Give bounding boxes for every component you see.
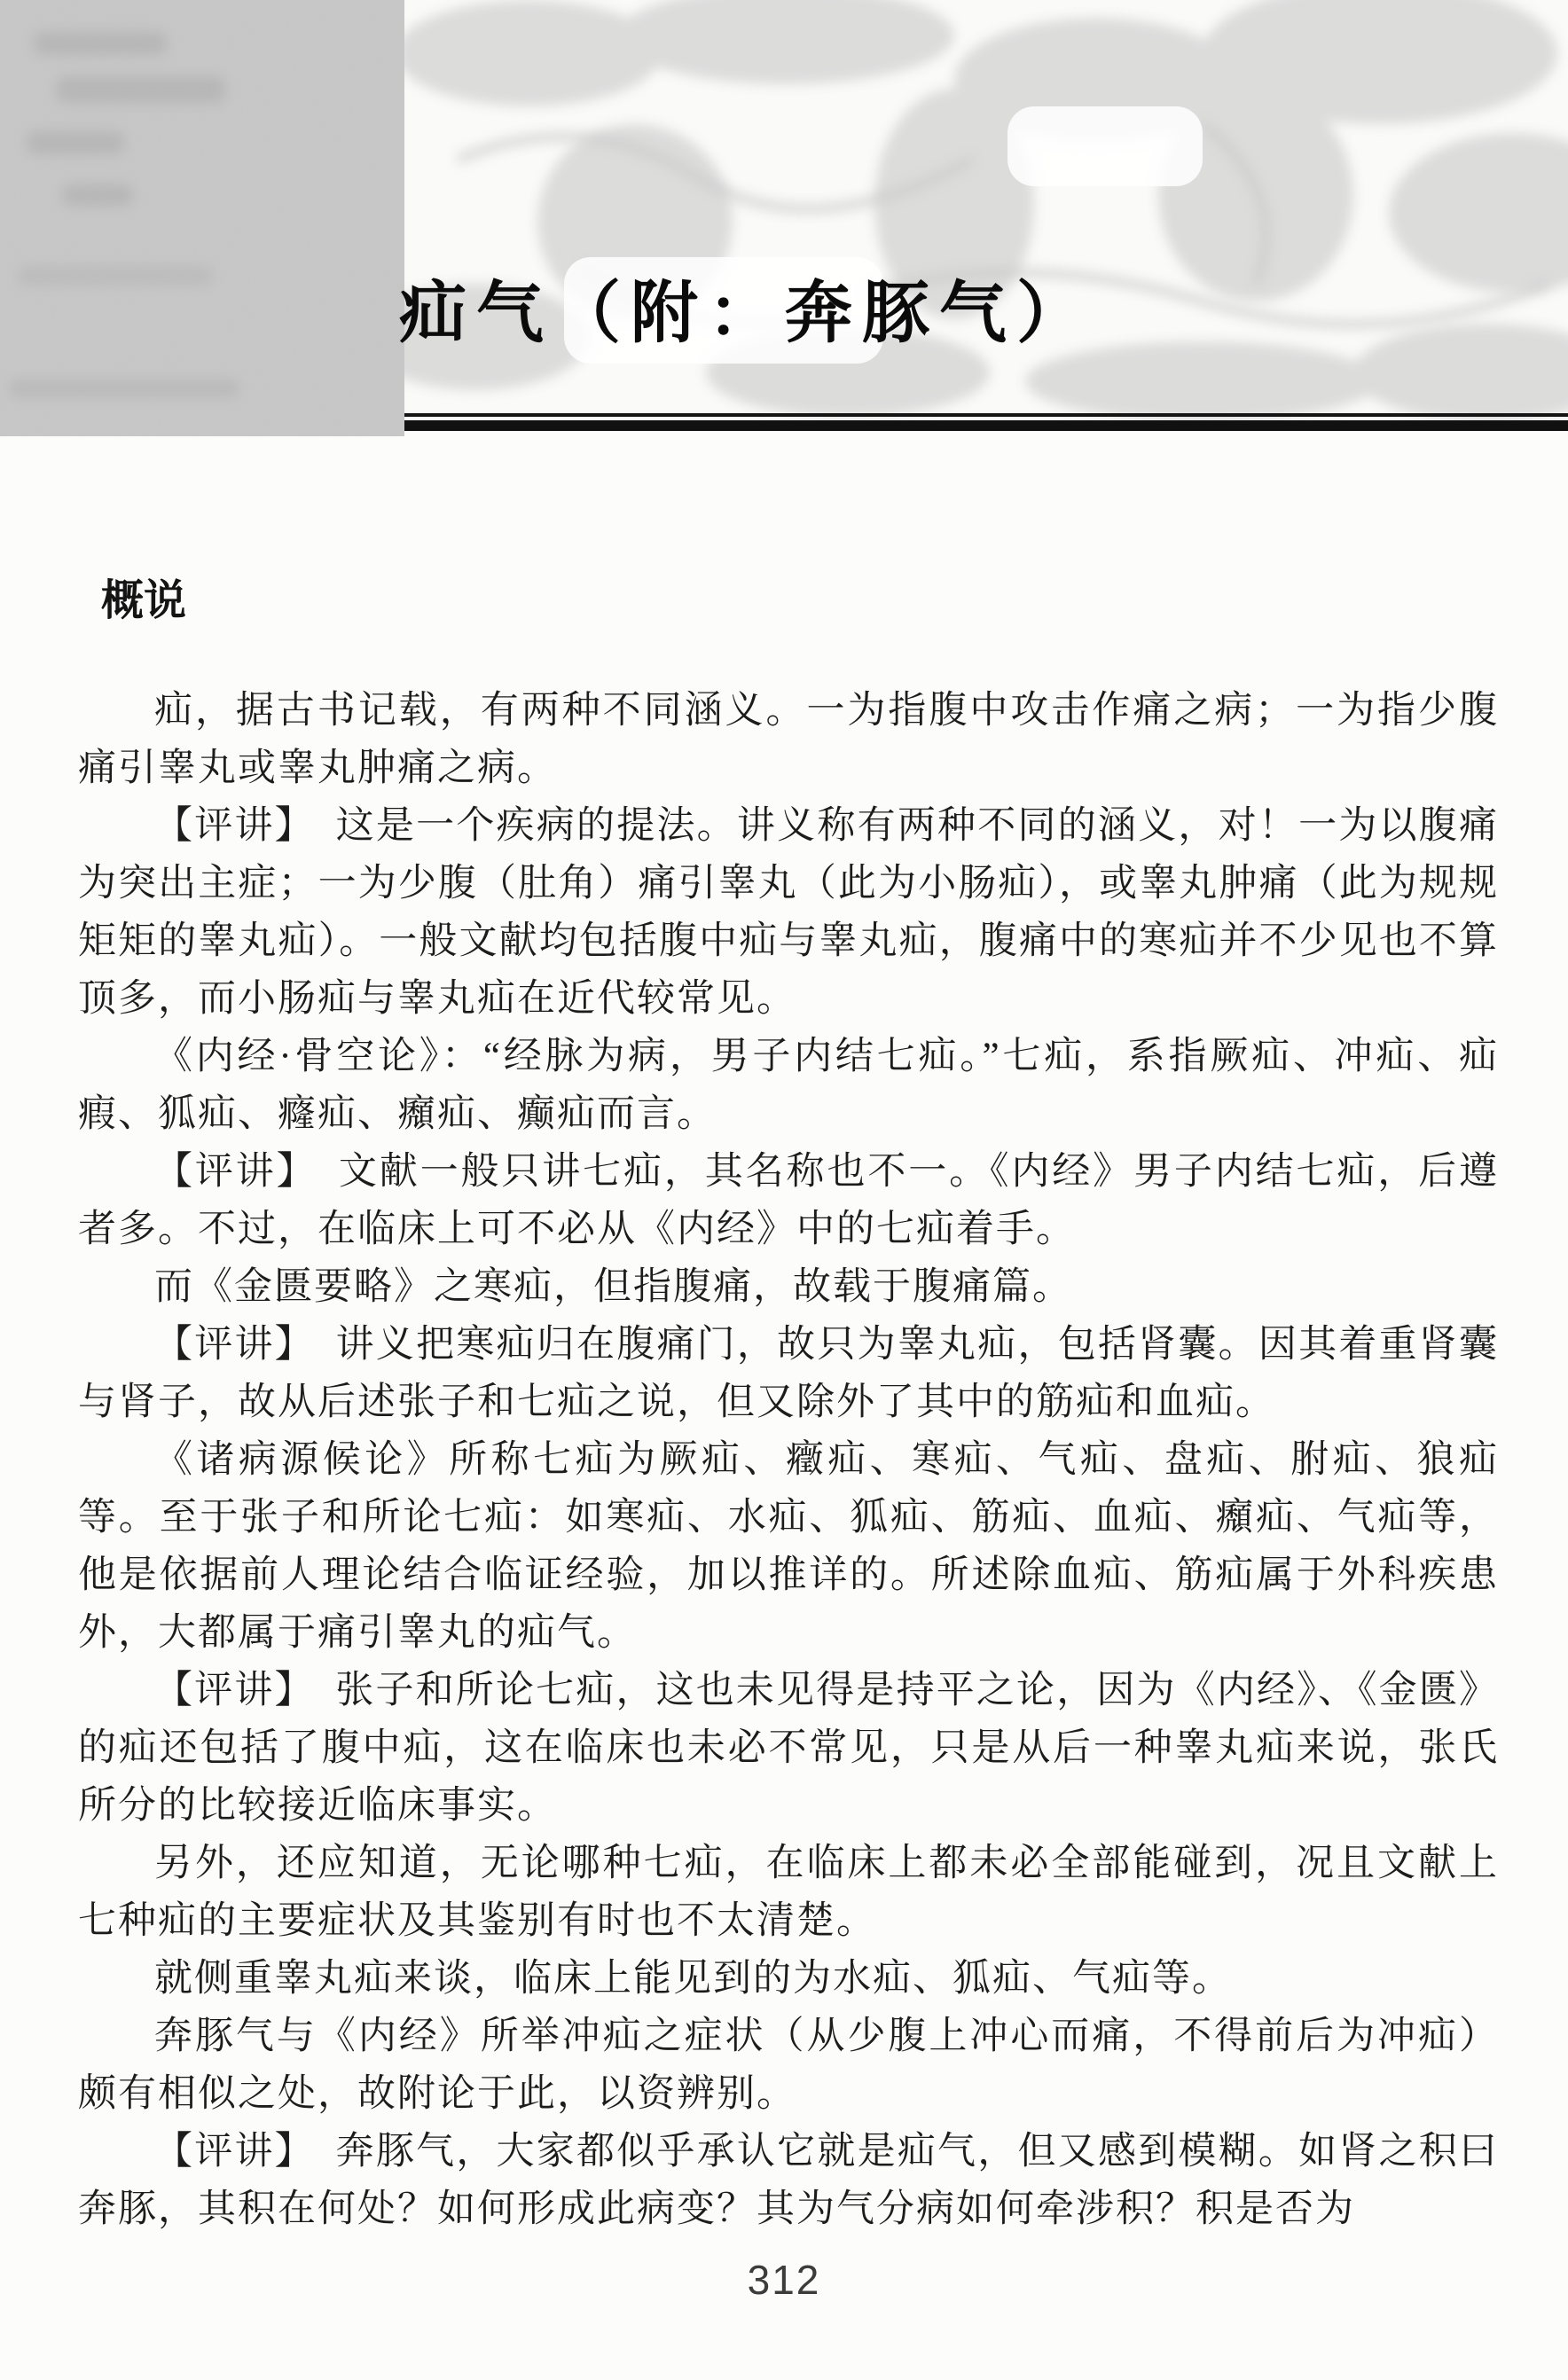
chapter-title: 疝气（附：奔豚气） [399, 259, 1094, 356]
header-rule [404, 413, 1568, 433]
paragraph: 疝，据古书记载，有两种不同涵义。一为指腹中攻击作痛之病；一为指少腹痛引睾丸或睾丸… [78, 682, 1499, 797]
paragraph: 【评讲】 张子和所论七疝，这也未见得是持平之论，因为《内经》、《金匮》的疝还包括… [78, 1662, 1499, 1835]
bleedthrough-mark [34, 32, 167, 55]
paragraph: 《诸病源候论》所称七疝为厥疝、癥疝、寒疝、气疝、盘疝、胕疝、狼疝等。至于张子和所… [78, 1431, 1499, 1662]
page-number: 312 [0, 2256, 1568, 2304]
section-heading: 概说 [101, 566, 1499, 627]
noise-texture-graphic [0, 0, 404, 436]
bleedthrough-mark [57, 76, 225, 103]
paragraph: 《内经·骨空论》：“经脉为病，男子内结七疝。”七疝，系指厥疝、冲疝、疝瘕、狐疝、… [78, 1028, 1499, 1143]
bleedthrough-mark [62, 184, 133, 206]
paragraph: 就侧重睾丸疝来谈，临床上能见到的为水疝、狐疝、气疝等。 [78, 1950, 1499, 2008]
chapter-header: 疝气（附：奔豚气） [0, 0, 1568, 438]
paragraph: 【评讲】 这是一个疾病的提法。讲义称有两种不同的涵义，对！一为以腹痛为突出主症；… [78, 797, 1499, 1028]
paragraph: 【评讲】 奔豚气，大家都似乎承认它就是疝气，但又感到模糊。如肾之积曰奔豚，其积在… [78, 2123, 1499, 2238]
paragraph: 另外，还应知道，无论哪种七疝，在临床上都未必全部能碰到，况且文献上七种疝的主要症… [78, 1835, 1499, 1950]
bleedthrough-mark [9, 380, 239, 397]
faded-illustration-graphic [404, 0, 1568, 420]
bleedthrough-mark [27, 131, 124, 154]
paragraph: 【评讲】 文献一般只讲七疝，其名称也不一。《内经》男子内结七疝，后遵者多。不过，… [78, 1143, 1499, 1258]
header-left-texture [0, 0, 404, 436]
header-illustration [404, 0, 1568, 420]
page-content: 概说 疝，据古书记载，有两种不同涵义。一为指腹中攻击作痛之病；一为指少腹痛引睾丸… [78, 566, 1499, 2238]
book-page: 疝气（附：奔豚气） 概说 疝，据古书记载，有两种不同涵义。一为指腹中攻击作痛之病… [0, 0, 1568, 2380]
bleedthrough-mark [18, 266, 213, 286]
paragraph: 奔豚气与《内经》所举冲疝之症状（从少腹上冲心而痛，不得前后为冲疝）颇有相似之处，… [78, 2008, 1499, 2123]
body-text: 疝，据古书记载，有两种不同涵义。一为指腹中攻击作痛之病；一为指少腹痛引睾丸或睾丸… [78, 682, 1499, 2238]
paragraph: 【评讲】 讲义把寒疝归在腹痛门，故只为睾丸疝，包括肾囊。因其着重肾囊与肾子，故从… [78, 1316, 1499, 1431]
paragraph: 而《金匮要略》之寒疝，但指腹痛，故载于腹痛篇。 [78, 1258, 1499, 1316]
